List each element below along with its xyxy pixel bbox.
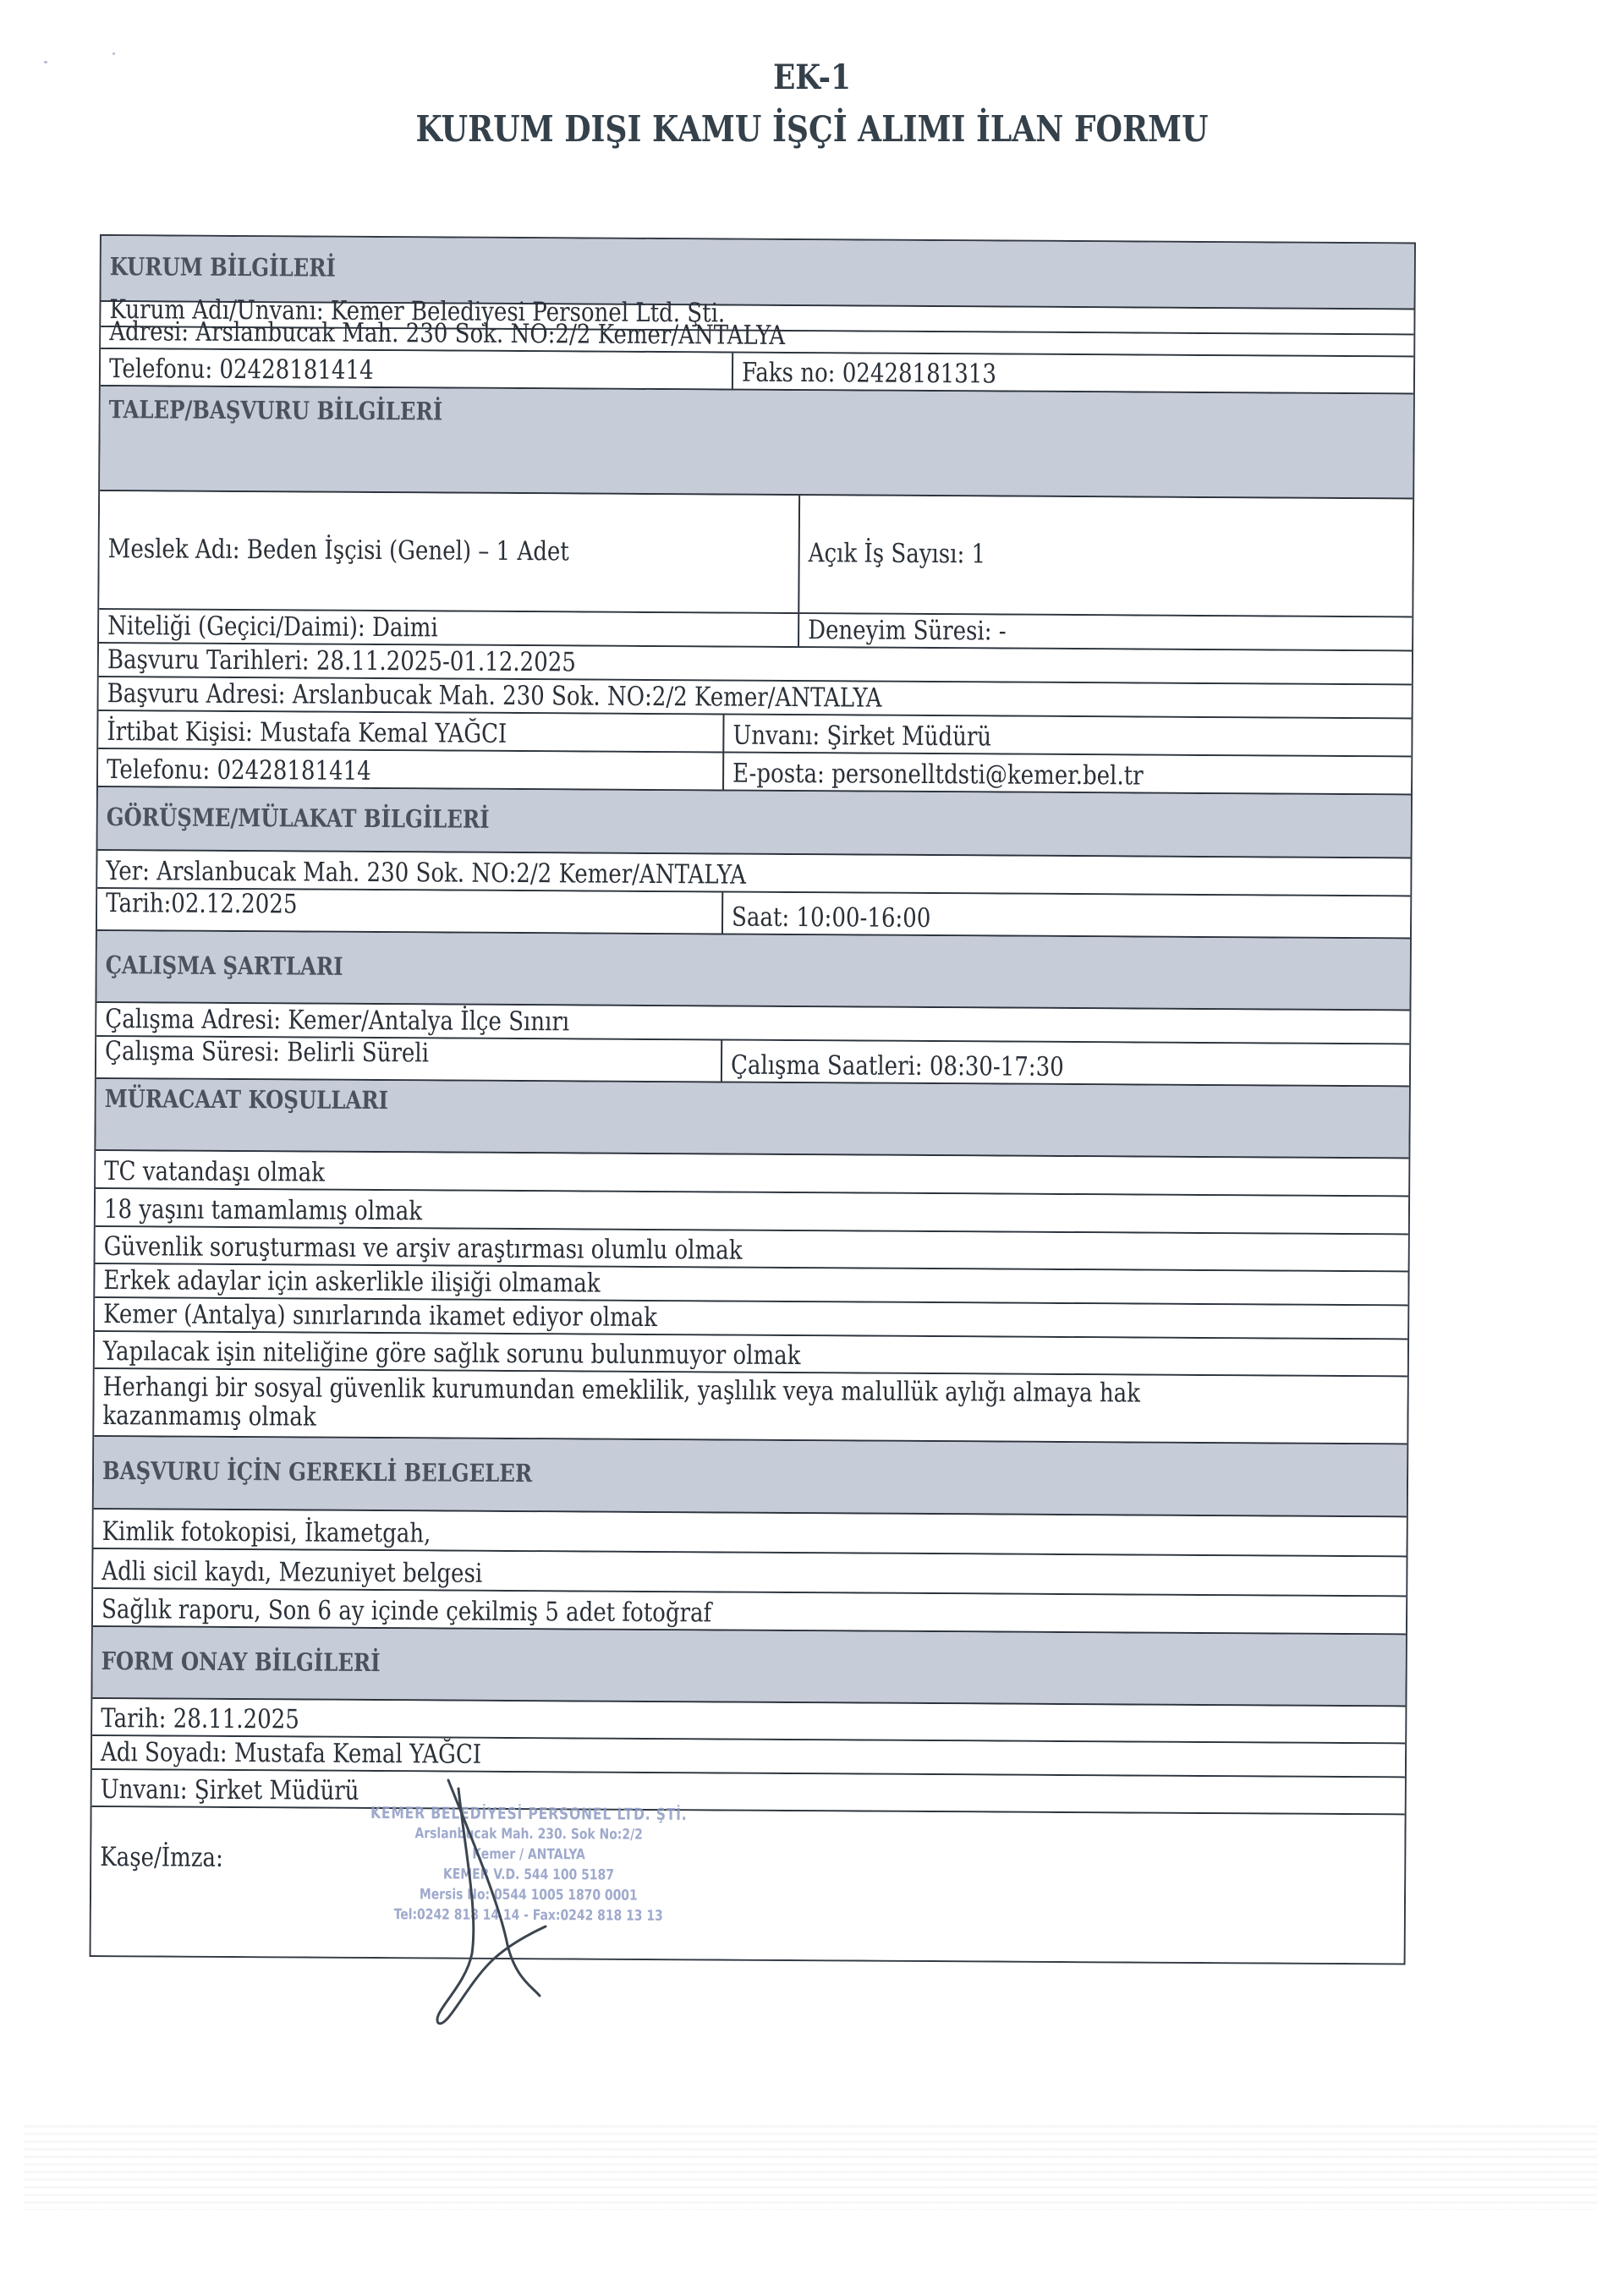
condition-item: Güvenlik soruşturması ve arşiv araştırma… bbox=[104, 1232, 743, 1265]
section-title: KURUM BİLGİLERİ bbox=[110, 254, 336, 282]
approval-date: Tarih: 28.11.2025 bbox=[101, 1704, 299, 1734]
document-item: Sağlık raporu, Son 6 ay içinde çekilmiş … bbox=[101, 1595, 711, 1627]
section-header-gorusme: GÖRÜŞME/MÜLAKAT BİLGİLERİ bbox=[98, 787, 1411, 858]
condition-item: Herhangi bir sosyal güvenlik kurumundan … bbox=[102, 1373, 1191, 1437]
contact-person: İrtibat Kişisi: Mustafa Kemal YAĞCI bbox=[107, 717, 507, 748]
condition-item: TC vatandaşı olmak bbox=[104, 1157, 325, 1187]
stamp-signature-label: Kaşe/İmza: bbox=[100, 1843, 223, 1872]
section-header-onay: FORM ONAY BİLGİLERİ bbox=[92, 1627, 1405, 1707]
annex-label: EK-1 bbox=[113, 58, 1510, 97]
work-duration: Çalışma Süresi: Belirli Süreli bbox=[105, 1037, 429, 1067]
signature-icon bbox=[398, 1776, 617, 2030]
contact-title: Unvanı: Şirket Müdürü bbox=[732, 721, 991, 751]
interview-time: Saat: 10:00-16:00 bbox=[732, 902, 930, 933]
section-title: ÇALIŞMA ŞARTLARI bbox=[106, 952, 343, 981]
condition-item: Yapılacak işin niteliğine göre sağlık so… bbox=[103, 1337, 801, 1370]
condition-item: 18 yaşını tamamlamış olmak bbox=[104, 1195, 422, 1225]
section-title: BAŞVURU İÇİN GEREKLİ BELGELER bbox=[102, 1458, 532, 1488]
document-item: Kimlik fotokopisi, İkametgah, bbox=[102, 1517, 431, 1548]
form-row: Meslek Adı: Beden İşçisi (Genel) – 1 Ade… bbox=[99, 491, 1413, 617]
section-title: FORM ONAY BİLGİLERİ bbox=[101, 1648, 381, 1677]
application-address: Başvuru Adresi: Arslanbucak Mah. 230 Sok… bbox=[107, 679, 882, 713]
work-hours: Çalışma Saatleri: 08:30-17:30 bbox=[731, 1050, 1064, 1081]
section-header-muracaat: MÜRACAAT KOŞULLARI bbox=[96, 1079, 1408, 1159]
scan-bleed-through bbox=[24, 2125, 1597, 2210]
institution-address: Adresi: Arslanbucak Mah. 230 Sok. NO:2/2… bbox=[109, 317, 785, 350]
section-header-calisma: ÇALIŞMA ŞARTLARI bbox=[96, 931, 1409, 1011]
employment-nature: Niteliği (Geçici/Daimi): Daimi bbox=[107, 611, 438, 642]
condition-row: Herhangi bir sosyal güvenlik kurumundan … bbox=[94, 1369, 1407, 1444]
section-header-belgeler: BAŞVURU İÇİN GEREKLİ BELGELER bbox=[94, 1437, 1407, 1517]
condition-item: Kemer (Antalya) sınırlarında ikamet ediy… bbox=[103, 1300, 657, 1332]
section-title: GÖRÜŞME/MÜLAKAT BİLGİLERİ bbox=[107, 804, 490, 834]
announcement-form-table: KURUM BİLGİLERİ Kurum Adı/Unvanı: Kemer … bbox=[90, 234, 1416, 1964]
document-item: Adli sicil kaydı, Mezuniyet belgesi bbox=[101, 1557, 482, 1588]
condition-item: Erkek adaylar için askerlikle ilişiği ol… bbox=[103, 1266, 600, 1298]
section-header-talep: TALEP/BAŞVURU BİLGİLERİ bbox=[100, 386, 1413, 499]
section-title: TALEP/BAŞVURU BİLGİLERİ bbox=[109, 397, 443, 425]
scan-artifact bbox=[112, 52, 115, 55]
work-address: Çalışma Adresi: Kemer/Antalya İlçe Sınır… bbox=[105, 1005, 569, 1036]
approver-name: Adı Soyadı: Mustafa Kemal YAĞCI bbox=[101, 1738, 481, 1769]
application-dates: Başvuru Tarihleri: 28.11.2025-01.12.2025 bbox=[107, 645, 576, 677]
interview-date: Tarih:02.12.2025 bbox=[106, 889, 297, 918]
interview-place: Yer: Arslanbucak Mah. 230 Sok. NO:2/2 Ke… bbox=[106, 857, 746, 890]
scan-artifact bbox=[44, 61, 47, 63]
experience-duration: Deneyim Süresi: - bbox=[808, 616, 1007, 646]
contact-phone: Telefonu: 02428181414 bbox=[107, 755, 371, 786]
institution-fax: Faks no: 02428181313 bbox=[742, 359, 996, 389]
institution-phone: Telefonu: 02428181414 bbox=[109, 354, 374, 385]
open-positions: Açık İş Sayısı: 1 bbox=[809, 539, 986, 568]
contact-email: E-posta: personelltdsti@kemer.bel.tr bbox=[732, 759, 1144, 790]
page-title: KURUM DIŞI KAMU İŞÇİ ALIMI İLAN FORMU bbox=[113, 108, 1510, 150]
occupation-name: Meslek Adı: Beden İşçisi (Genel) – 1 Ade… bbox=[108, 534, 569, 566]
approver-title: Unvanı: Şirket Müdürü bbox=[101, 1775, 359, 1806]
section-title: MÜRACAAT KOŞULLARI bbox=[105, 1086, 388, 1115]
